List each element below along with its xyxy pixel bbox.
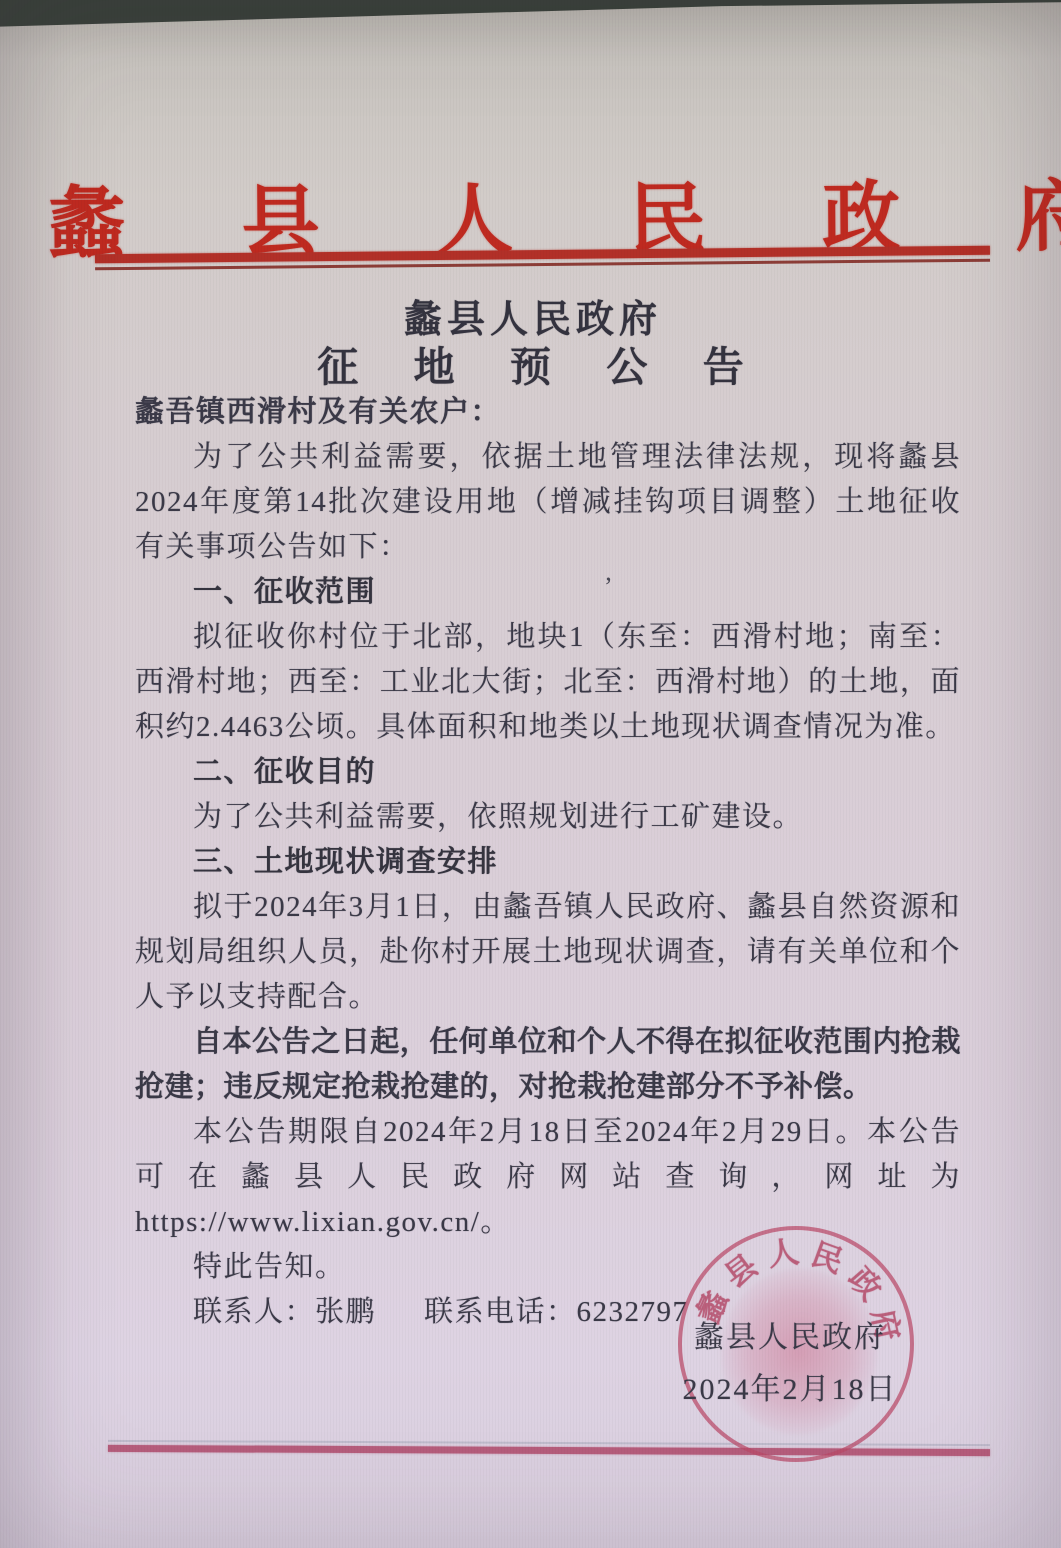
- paragraph-purpose: 为了公共利益需要，依照规划进行工矿建设。: [135, 795, 961, 840]
- document-photo: 蠡 县 人 民 政 府 蠡县人民政府 征 地 预 公 告 蠡吾镇西滑村及有关农户…: [0, 0, 1061, 1548]
- salutation: 蠡吾镇西滑村及有关农户：: [135, 390, 961, 435]
- paragraph-scope: 拟征收你村位于北部，地块1（东至：西滑村地；南至：西滑村地；西至：工业北大街；北…: [135, 615, 961, 750]
- stray-mark: ’: [604, 572, 613, 602]
- document-title: 征 地 预 公 告: [0, 334, 1061, 393]
- paragraph-survey: 拟于2024年3月1日，由蠡吾镇人民政府、蠡县自然资源和规划局组织人员，赴你村开…: [135, 885, 961, 1020]
- signature-block: 蠡县人民政府 2024年2月18日: [655, 1312, 925, 1416]
- contact-person: 联系人：张鹏: [193, 1296, 376, 1328]
- paragraph-period: 本公告期限自2024年2月18日至2024年2月29日。本公告可在蠡县人民政府网…: [135, 1110, 961, 1245]
- contact-phone: 联系电话：6232797: [424, 1296, 689, 1328]
- paragraph-warning: 自本公告之日起，任何单位和个人不得在拟征收范围内抢栽抢建；违反规定抢栽抢建的，对…: [135, 1020, 961, 1110]
- signature-date: 2024年2月18日: [655, 1364, 925, 1416]
- seal-arc-char: 人: [764, 1235, 802, 1273]
- section-heading-scope: 一、征收范围: [135, 570, 961, 615]
- signature-org: 蠡县人民政府: [655, 1312, 925, 1364]
- paragraph-intro: 为了公共利益需要，依据土地管理法律法规，现将蠡县2024年度第14批次建设用地（…: [135, 435, 961, 570]
- section-heading-purpose: 二、征收目的: [135, 750, 961, 795]
- section-heading-survey: 三、土地现状调查安排: [135, 840, 961, 885]
- screen-top-edge: [0, 0, 1061, 28]
- announcement-body: 蠡吾镇西滑村及有关农户： 为了公共利益需要，依据土地管理法律法规，现将蠡县202…: [135, 390, 961, 1335]
